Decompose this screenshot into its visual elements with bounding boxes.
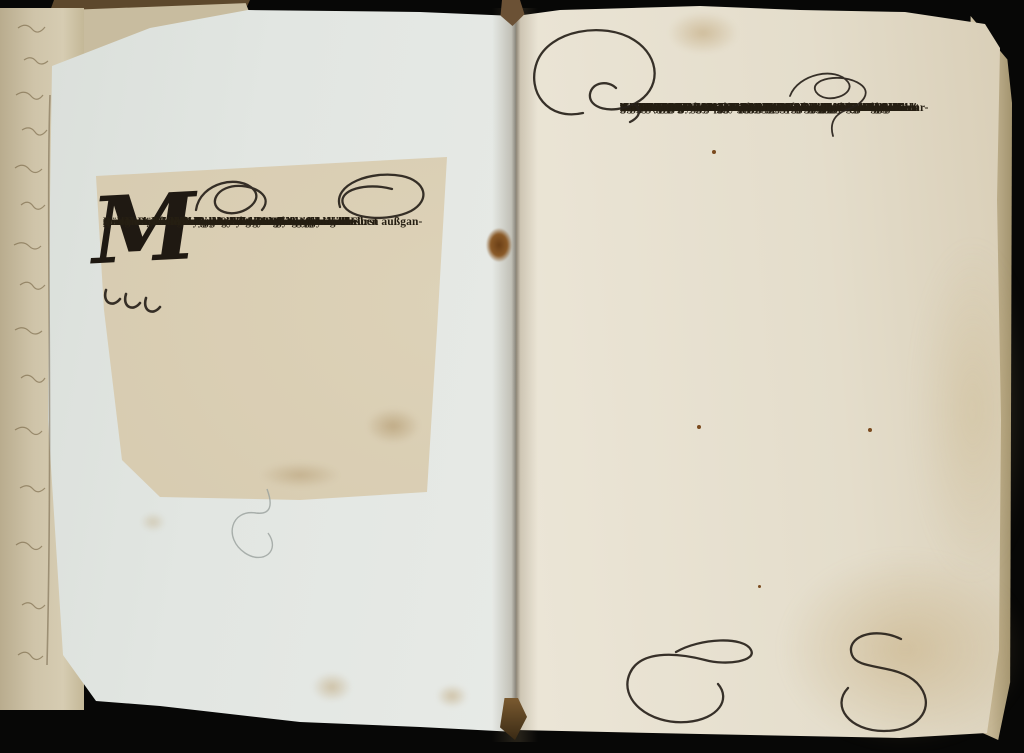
book-photograph: M Je gnaden / vn̄ Priuilegien derhalben …: [0, 0, 1024, 753]
text-line: stat rc. Freyhaitten begriffen.: [181, 213, 328, 232]
initial-letter-M: M: [88, 173, 224, 300]
text-line: Küniglich Mayestat werde darauß Raytzung…: [620, 100, 883, 117]
gutter-shadow: [492, 8, 538, 742]
